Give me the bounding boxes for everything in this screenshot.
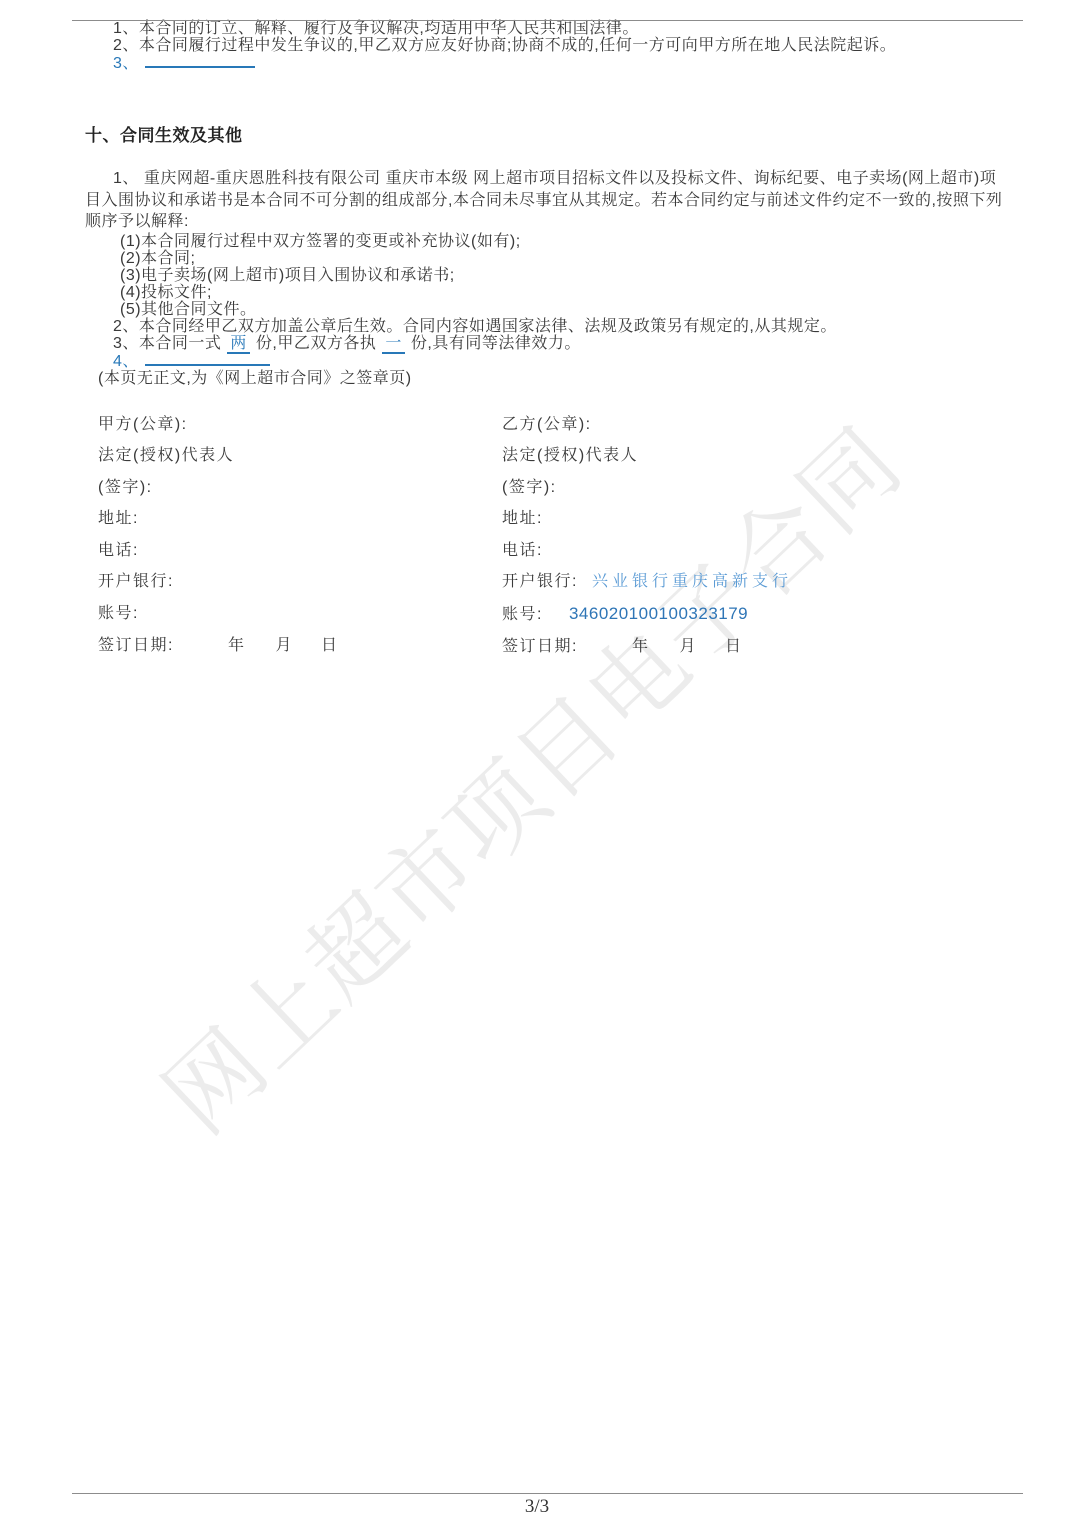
year-label: 年 — [632, 638, 650, 655]
sub-item-3: (3)电子卖场(网上超市)项目入围协议和承诺书; — [85, 267, 1010, 284]
party-a-bank-label: 开户银行: — [98, 573, 502, 590]
section-paragraph-2: 2、本合同经甲乙双方加盖公章后生效。合同内容如遇国家法律、法规及政策另有规定的,… — [85, 318, 1010, 335]
intro-item-1: 1、本合同的订立、解释、履行及争议解决,均适用中华人民共和国法律。 — [85, 20, 1010, 37]
party-a-representative-label: 法定(授权)代表人 — [98, 447, 502, 464]
para3-suffix: 份,具有同等法律效力。 — [411, 335, 581, 352]
party-b-title: 乙方(公章): — [502, 416, 1010, 433]
section-item-4-label: 4、 — [113, 353, 139, 370]
month-label: 月 — [679, 638, 697, 655]
page-number: 3/3 — [0, 1496, 1074, 1518]
party-b-phone-label: 电话: — [502, 542, 1010, 559]
para3-prefix: 3、本合同一式 — [113, 335, 221, 352]
party-b-signature-column: 乙方(公章): 法定(授权)代表人 (签字): 地址: 电话: 开户银行:兴业银… — [502, 416, 1010, 670]
party-b-bank-row: 开户银行:兴业银行重庆高新支行 — [502, 573, 1010, 590]
sub-item-4: (4)投标文件; — [85, 284, 1010, 301]
year-label: 年 — [228, 637, 246, 654]
section-heading: 十、合同生效及其他 — [85, 127, 1010, 145]
party-b-date-row: 签订日期:年月日 — [502, 638, 1010, 655]
intro-item-2: 2、本合同履行过程中发生争议的,甲乙双方应友好协商;协商不成的,任何一方可向甲方… — [85, 37, 1010, 54]
party-a-account-label: 账号: — [98, 605, 502, 622]
copies-each-fillin: 一 — [382, 335, 405, 354]
party-b-bank-name-value: 兴业银行重庆高新支行 — [592, 573, 792, 590]
intro-item-3-blank-line: 3、 — [85, 54, 1010, 72]
header-rule — [72, 20, 1023, 21]
section-paragraph-1: 1、 重庆网超-重庆恩胜科技有限公司 重庆市本级 网上超市项目招标文件以及投标文… — [85, 168, 1010, 233]
party-b-sign-label: (签字): — [502, 479, 1010, 496]
intro-item-3-label: 3、 — [113, 55, 139, 72]
section-paragraph-3: 3、本合同一式两份,甲乙双方各执一份,具有同等法律效力。 — [85, 335, 1010, 352]
party-b-bank-label: 开户银行: — [502, 573, 578, 590]
party-a-date-row: 签订日期:年月日 — [98, 637, 502, 654]
day-label: 日 — [725, 638, 743, 655]
party-a-phone-label: 电话: — [98, 542, 502, 559]
document-body: 1、本合同的订立、解释、履行及争议解决,均适用中华人民共和国法律。 2、本合同履… — [85, 20, 1010, 669]
contract-page: 网上超市项目电子合同 1、本合同的订立、解释、履行及争议解决,均适用中华人民共和… — [0, 0, 1074, 1520]
party-b-account-row: 账号:346020100100323179 — [502, 605, 1010, 623]
party-a-signature-column: 甲方(公章): 法定(授权)代表人 (签字): 地址: 电话: 开户银行: 账号… — [85, 416, 502, 670]
party-b-representative-label: 法定(授权)代表人 — [502, 447, 1010, 464]
party-b-date-label: 签订日期: — [502, 638, 578, 655]
month-label: 月 — [275, 637, 293, 654]
party-b-account-label: 账号: — [502, 606, 543, 623]
party-a-date-label: 签订日期: — [98, 637, 174, 654]
party-b-address-label: 地址: — [502, 510, 1010, 527]
party-a-address-label: 地址: — [98, 510, 502, 527]
sub-item-2: (2)本合同; — [85, 250, 1010, 267]
sub-item-1: (1)本合同履行过程中双方签署的变更或补充协议(如有); — [85, 233, 1010, 250]
day-label: 日 — [321, 637, 339, 654]
blank-underline — [145, 352, 270, 366]
footer-rule — [72, 1493, 1023, 1494]
party-a-sign-label: (签字): — [98, 479, 502, 496]
signature-block: 甲方(公章): 法定(授权)代表人 (签字): 地址: 电话: 开户银行: 账号… — [85, 416, 1010, 670]
party-b-account-number-value: 346020100100323179 — [569, 604, 748, 623]
party-a-title: 甲方(公章): — [98, 416, 502, 433]
sub-item-5: (5)其他合同文件。 — [85, 301, 1010, 318]
section-item-4-blank-line: 4、 — [85, 352, 1010, 370]
para3-middle: 份,甲乙双方各执 — [256, 335, 376, 352]
no-body-text-note: (本页无正文,为《网上超市合同》之签章页) — [85, 370, 1010, 387]
blank-underline — [145, 54, 255, 68]
